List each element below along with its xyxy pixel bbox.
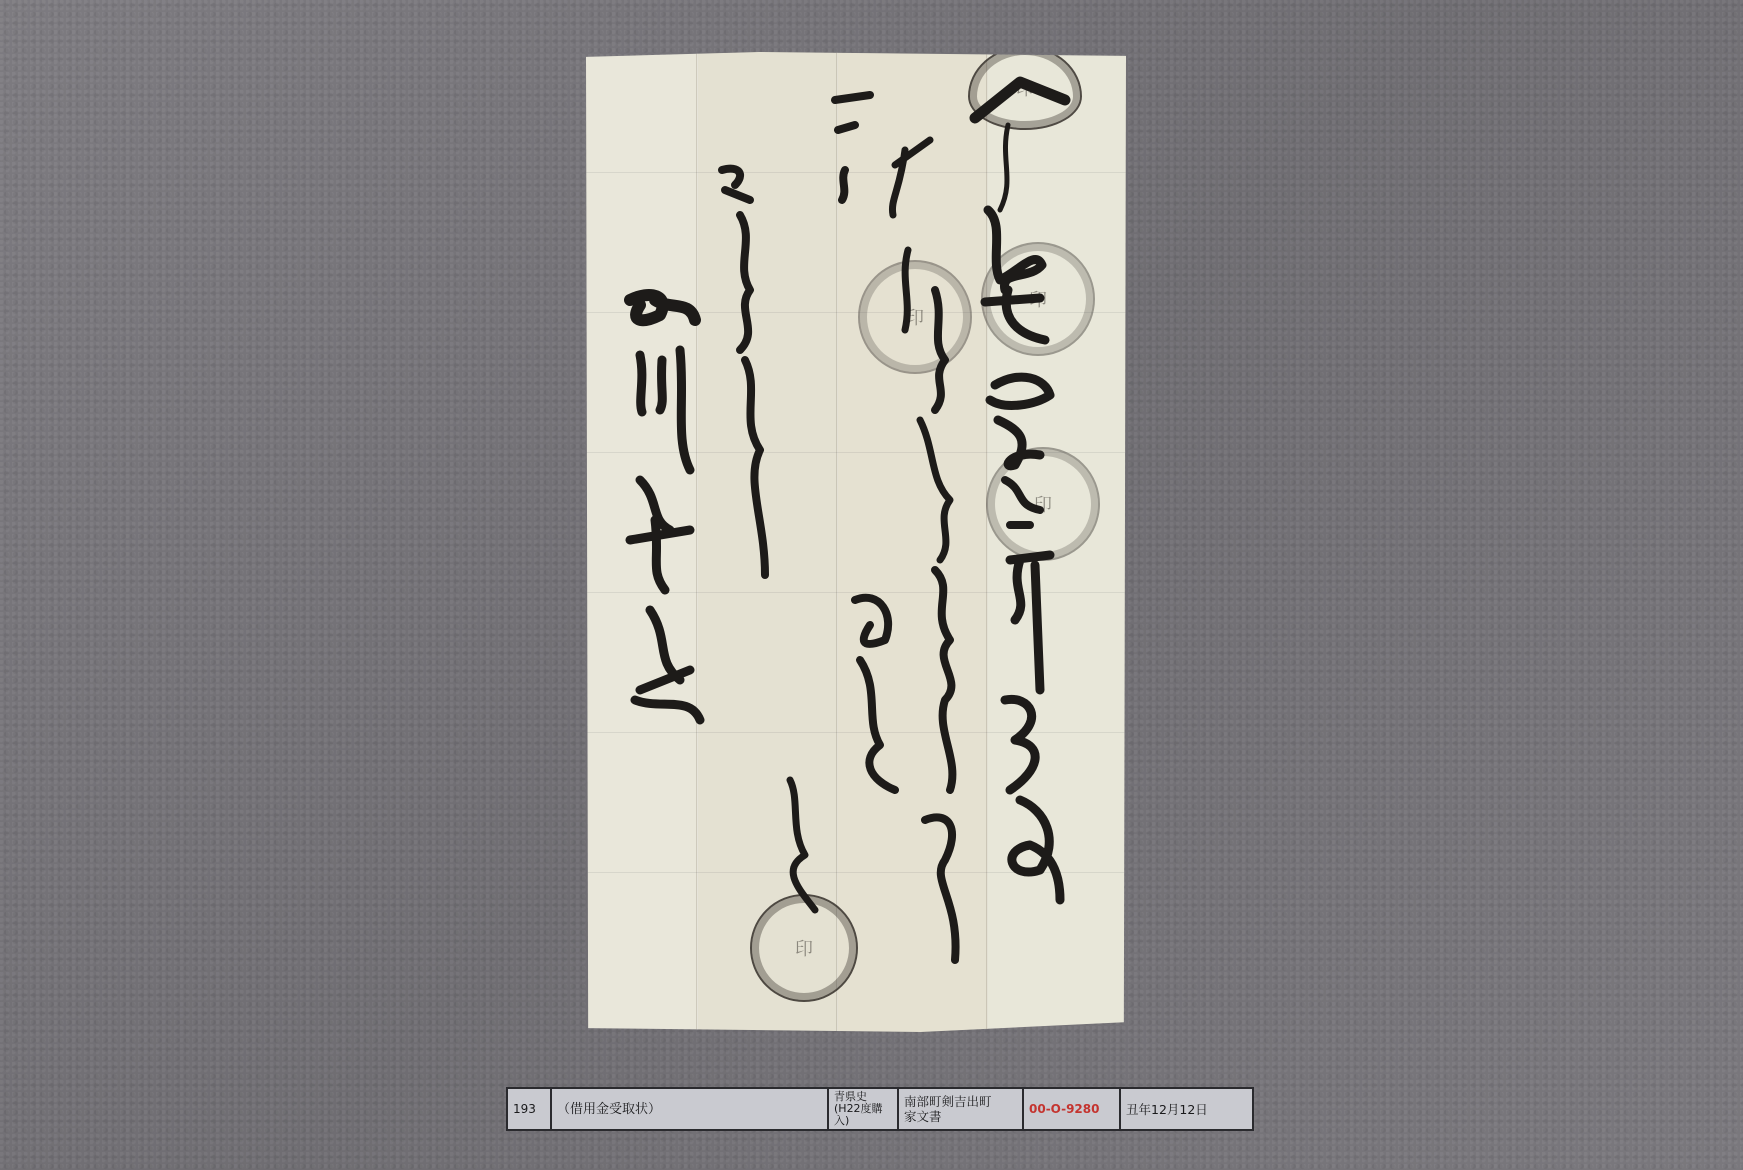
label-catalog-id: 00-O-9280 — [1024, 1089, 1121, 1129]
seal-stamp: 印 — [981, 242, 1095, 356]
label-source-line: 入) — [834, 1115, 883, 1127]
fold-panel — [586, 52, 698, 1032]
fold-line — [696, 52, 698, 1032]
label-title: （借用金受取状） — [552, 1089, 829, 1129]
document-paper: 印 印 印 印 印 — [586, 52, 1126, 1032]
fold-panel — [838, 52, 988, 1032]
fold-panel — [698, 52, 838, 1032]
label-collection: 南部町剣吉出町 家文書 — [899, 1089, 1024, 1129]
catalog-label: 193 （借用金受取状） 青県史 (H22度購 入) 南部町剣吉出町 家文書 0… — [506, 1087, 1254, 1131]
label-collection-line: 南部町剣吉出町 — [904, 1094, 992, 1109]
label-source: 青県史 (H22度購 入) — [829, 1089, 899, 1129]
seal-stamp-bottom: 印 — [750, 894, 858, 1002]
seal-stamp-top: 印 — [968, 46, 1082, 130]
fold-line — [836, 52, 838, 1032]
seal-stamp: 印 — [986, 447, 1100, 561]
seal-stamp: 印 — [858, 260, 972, 374]
label-collection-line: 家文書 — [904, 1109, 992, 1124]
label-date: 丑年12月12日 — [1121, 1089, 1252, 1129]
label-number: 193 — [508, 1089, 552, 1129]
